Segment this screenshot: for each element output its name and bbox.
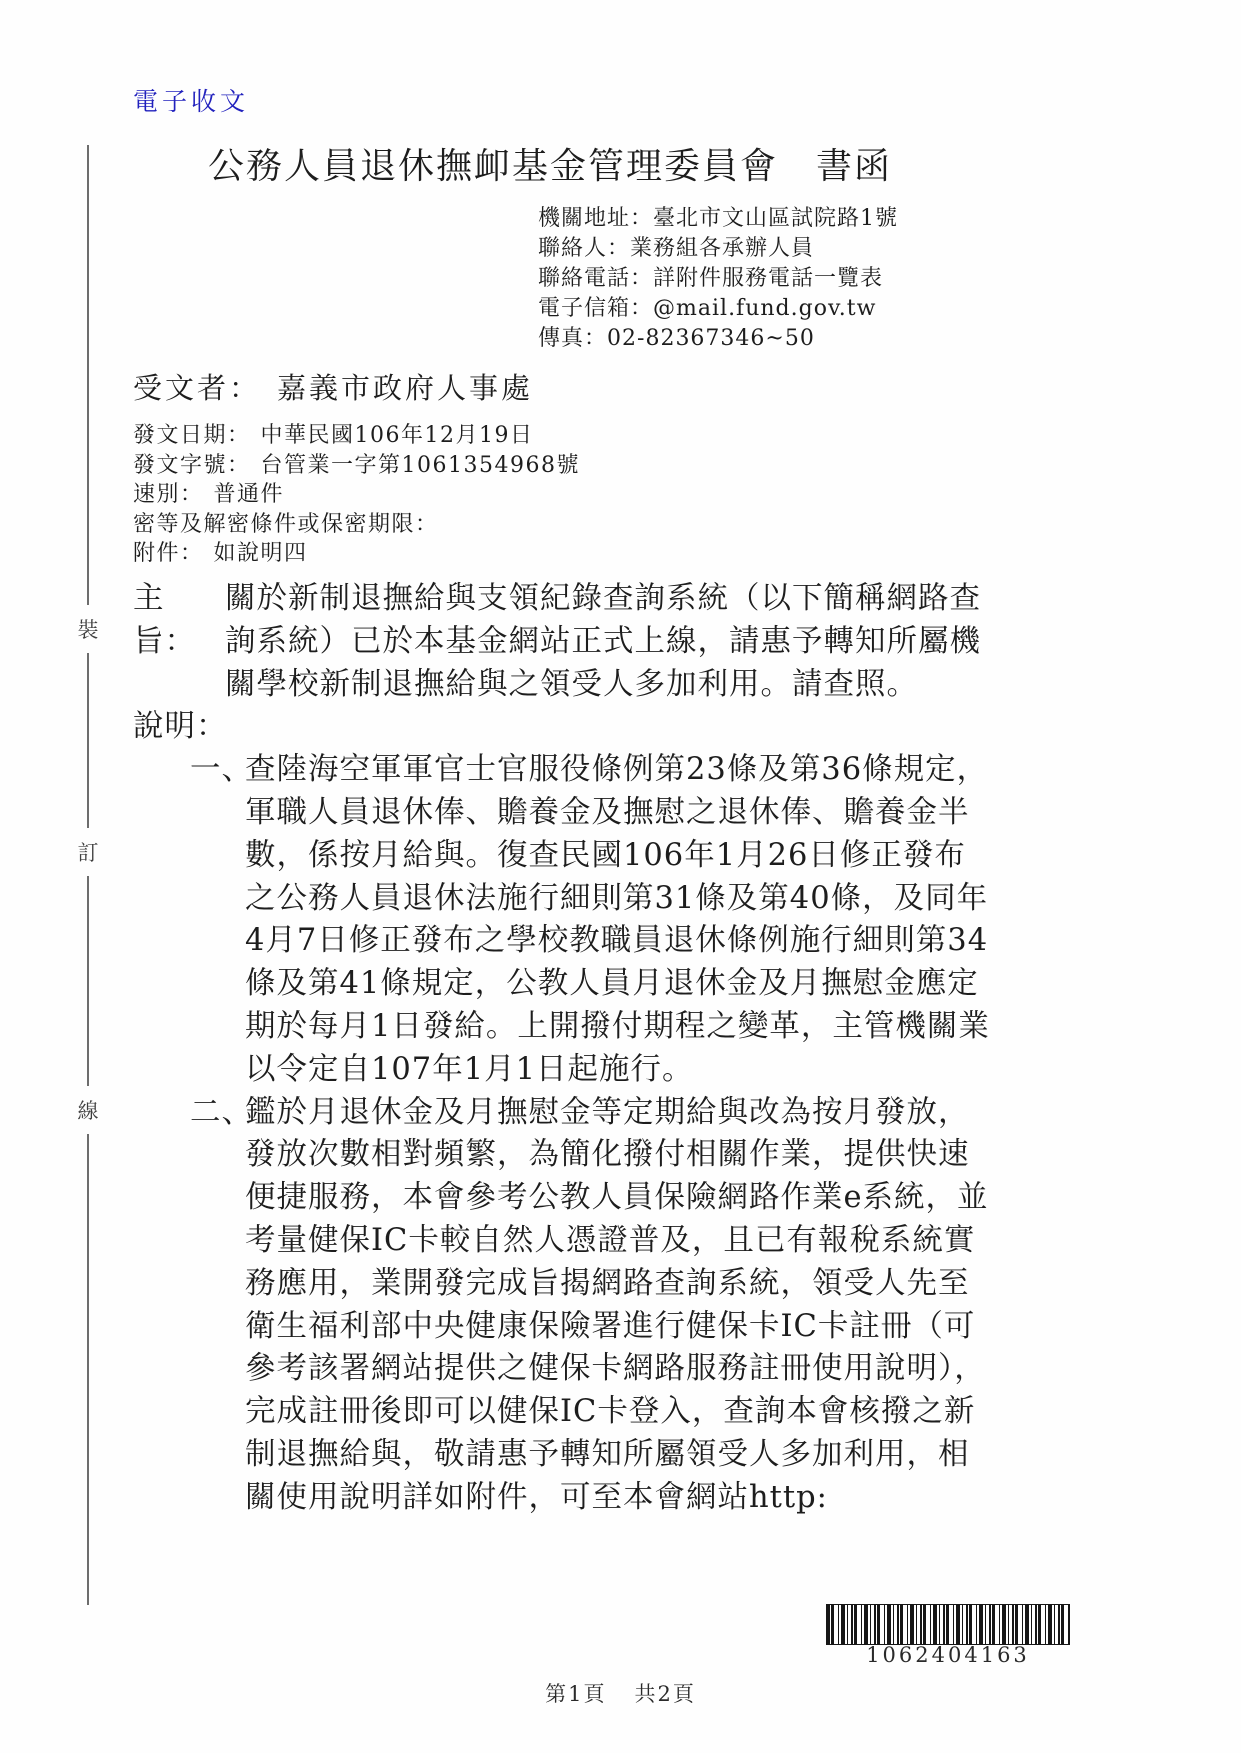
- sender-phone-label: 聯絡電話：: [538, 266, 653, 291]
- priority-label: 速別：: [133, 482, 204, 507]
- sender-address-label: 機關地址：: [538, 206, 653, 231]
- doc-number-label: 發文字號：: [133, 453, 251, 478]
- description-item-2-text: 鑑於月退休金及月撫慰金等定期給與改為按月發放，發放次數相對頻繁，為簡化撥付相關作…: [245, 1092, 993, 1520]
- document-barcode: 1062404163: [826, 1604, 1070, 1667]
- recipient-label: 受文者：: [133, 371, 261, 405]
- doc-number-value: 台管業一字第1061354968號: [261, 453, 580, 478]
- recipient-line: 受文者：嘉義市政府人事處: [133, 366, 533, 407]
- sender-address-line: 機關地址：臺北市文山區試院路1號: [538, 204, 898, 234]
- description-item-2-number: 二、: [190, 1092, 245, 1520]
- sender-contact-value: 業務組各承辦人員: [630, 236, 814, 261]
- attachment-label: 附件：: [133, 541, 204, 566]
- sender-address-value: 臺北市文山區試院路1號: [653, 206, 898, 231]
- description-item-2: 二、 鑑於月退休金及月撫慰金等定期給與改為按月發放，發放次數相對頻繁，為簡化撥付…: [190, 1092, 1013, 1520]
- priority-value: 普通件: [214, 482, 285, 507]
- sender-email-line: 電子信箱：@mail.fund.gov.tw: [538, 294, 898, 324]
- doc-number-line: 發文字號：台管業一字第1061354968號: [133, 451, 580, 481]
- attachment-value: 如說明四: [214, 541, 308, 566]
- electronic-receipt-stamp: 電子收文: [133, 82, 249, 118]
- scanned-official-letter-page: 裝 訂 線 電子收文 公務人員退休撫卹基金管理委員會 書函 機關地址：臺北市文山…: [0, 0, 1241, 1753]
- sender-fax-value: 02-82367346~50: [607, 326, 815, 351]
- subject-text: 關於新制退撫給與支領紀錄查詢系統（以下簡稱網路查詢系統）已於本基金網站正式上線，…: [225, 578, 992, 706]
- binding-label-zhuang: 裝: [72, 605, 104, 653]
- issue-date-value: 中華民國106年12月19日: [261, 423, 534, 448]
- document-meta-block: 發文日期：中華民國106年12月19日 發文字號：台管業一字第106135496…: [133, 421, 580, 569]
- recipient-value: 嘉義市政府人事處: [277, 371, 533, 405]
- subject-paragraph: 主旨： 關於新制退撫給與支領紀錄查詢系統（以下簡稱網路查詢系統）已於本基金網站正…: [133, 578, 1013, 706]
- sender-contact-line: 聯絡人：業務組各承辦人員: [538, 234, 898, 264]
- description-item-1: 一、 查陸海空軍軍官士官服役條例第23條及第36條規定，軍職人員退休俸、贍養金及…: [190, 749, 1013, 1091]
- description-label: 說明：: [133, 706, 1013, 749]
- priority-line: 速別：普通件: [133, 480, 580, 510]
- page-current: 第1頁: [545, 1682, 606, 1706]
- sender-phone-line: 聯絡電話：詳附件服務電話一覽表: [538, 264, 898, 294]
- description-item-1-number: 一、: [190, 749, 245, 1091]
- description-item-1-text: 查陸海空軍軍官士官服役條例第23條及第36條規定，軍職人員退休俸、贍養金及撫慰之…: [245, 749, 993, 1091]
- attachment-line: 附件：如說明四: [133, 539, 580, 569]
- sender-fax-label: 傳真：: [538, 326, 607, 351]
- issue-date-line: 發文日期：中華民國106年12月19日: [133, 421, 580, 451]
- sender-email-label: 電子信箱：: [538, 296, 653, 321]
- barcode-number: 1062404163: [826, 1643, 1070, 1667]
- sender-contact-label: 聯絡人：: [538, 236, 630, 261]
- security-label: 密等及解密條件或保密期限：: [133, 512, 439, 537]
- binding-label-ding: 訂: [72, 828, 104, 876]
- barcode-bars: [826, 1604, 1070, 1645]
- sender-email-value: @mail.fund.gov.tw: [653, 296, 876, 321]
- sender-phone-value: 詳附件服務電話一覽表: [653, 266, 883, 291]
- page-footer: 第1頁共2頁: [0, 1678, 1241, 1708]
- letter-body: 主旨： 關於新制退撫給與支領紀錄查詢系統（以下簡稱網路查詢系統）已於本基金網站正…: [133, 578, 1013, 1520]
- issue-date-label: 發文日期：: [133, 423, 251, 448]
- document-title: 公務人員退休撫卹基金管理委員會 書函: [208, 138, 892, 189]
- binding-label-xian: 線: [72, 1086, 104, 1134]
- subject-label: 主旨：: [133, 578, 225, 706]
- security-line: 密等及解密條件或保密期限：: [133, 510, 580, 540]
- page-total: 共2頁: [635, 1682, 696, 1706]
- sender-info-block: 機關地址：臺北市文山區試院路1號 聯絡人：業務組各承辦人員 聯絡電話：詳附件服務…: [538, 204, 898, 354]
- sender-fax-line: 傳真：02-82367346~50: [538, 324, 898, 354]
